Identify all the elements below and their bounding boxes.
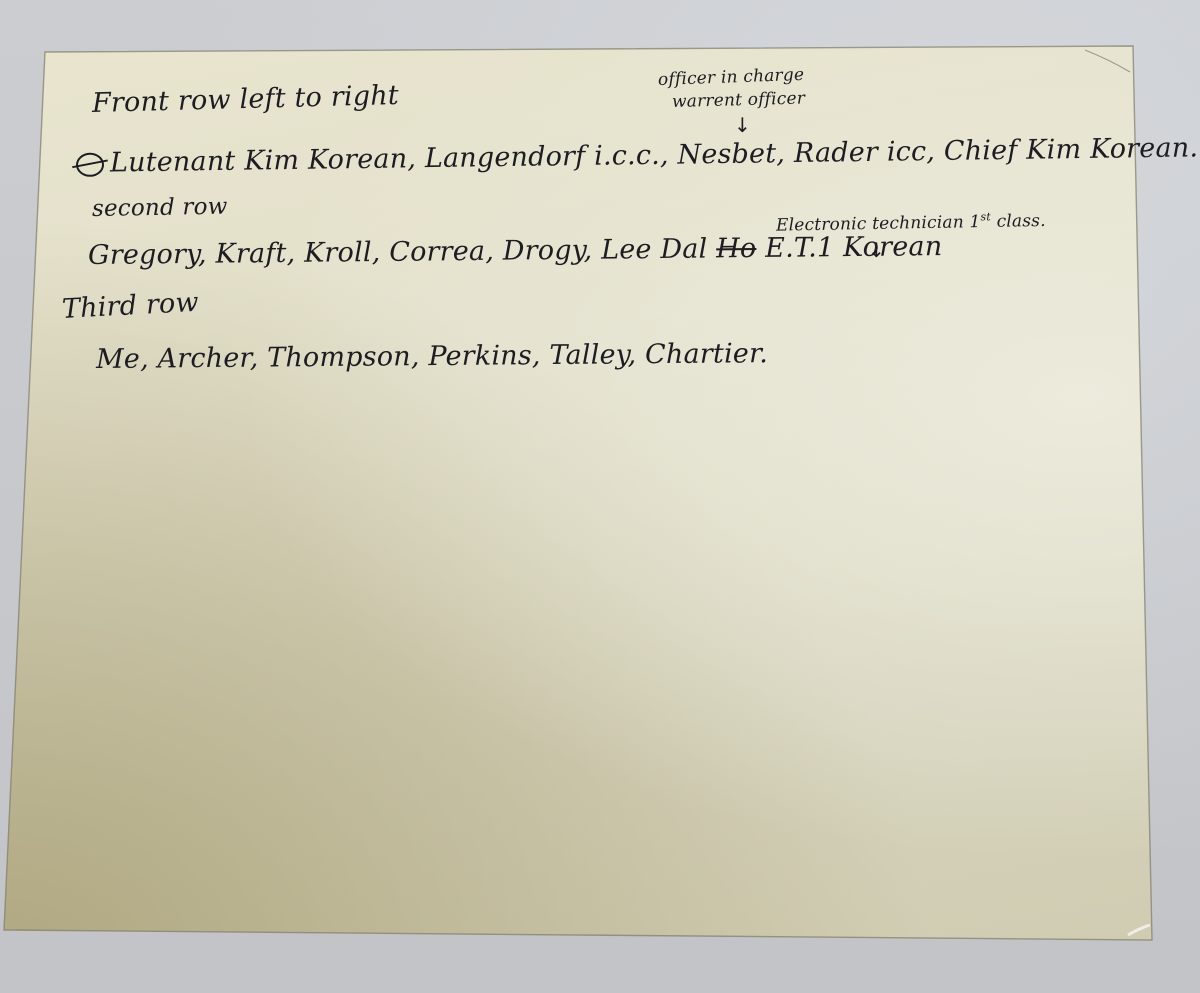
scribbled-out-initial-icon <box>76 152 104 176</box>
third-row-names: Me, Archer, Thompson, Perkins, Talley, C… <box>96 338 768 375</box>
second-row-rating-text: E.T.1 Korean <box>765 231 942 264</box>
annotation-class-text: class. <box>991 211 1046 232</box>
arrow-down-icon: ↓ <box>734 113 751 137</box>
annotation-warrant-officer: warrent officer <box>672 89 806 112</box>
struck-out-word: Ho <box>716 233 757 264</box>
second-row-names-text: Gregory, Kraft, Kroll, Correa, Drogy, Le… <box>88 234 708 271</box>
annotation-superscript: st <box>980 210 991 223</box>
second-row-label: second row <box>92 194 228 222</box>
